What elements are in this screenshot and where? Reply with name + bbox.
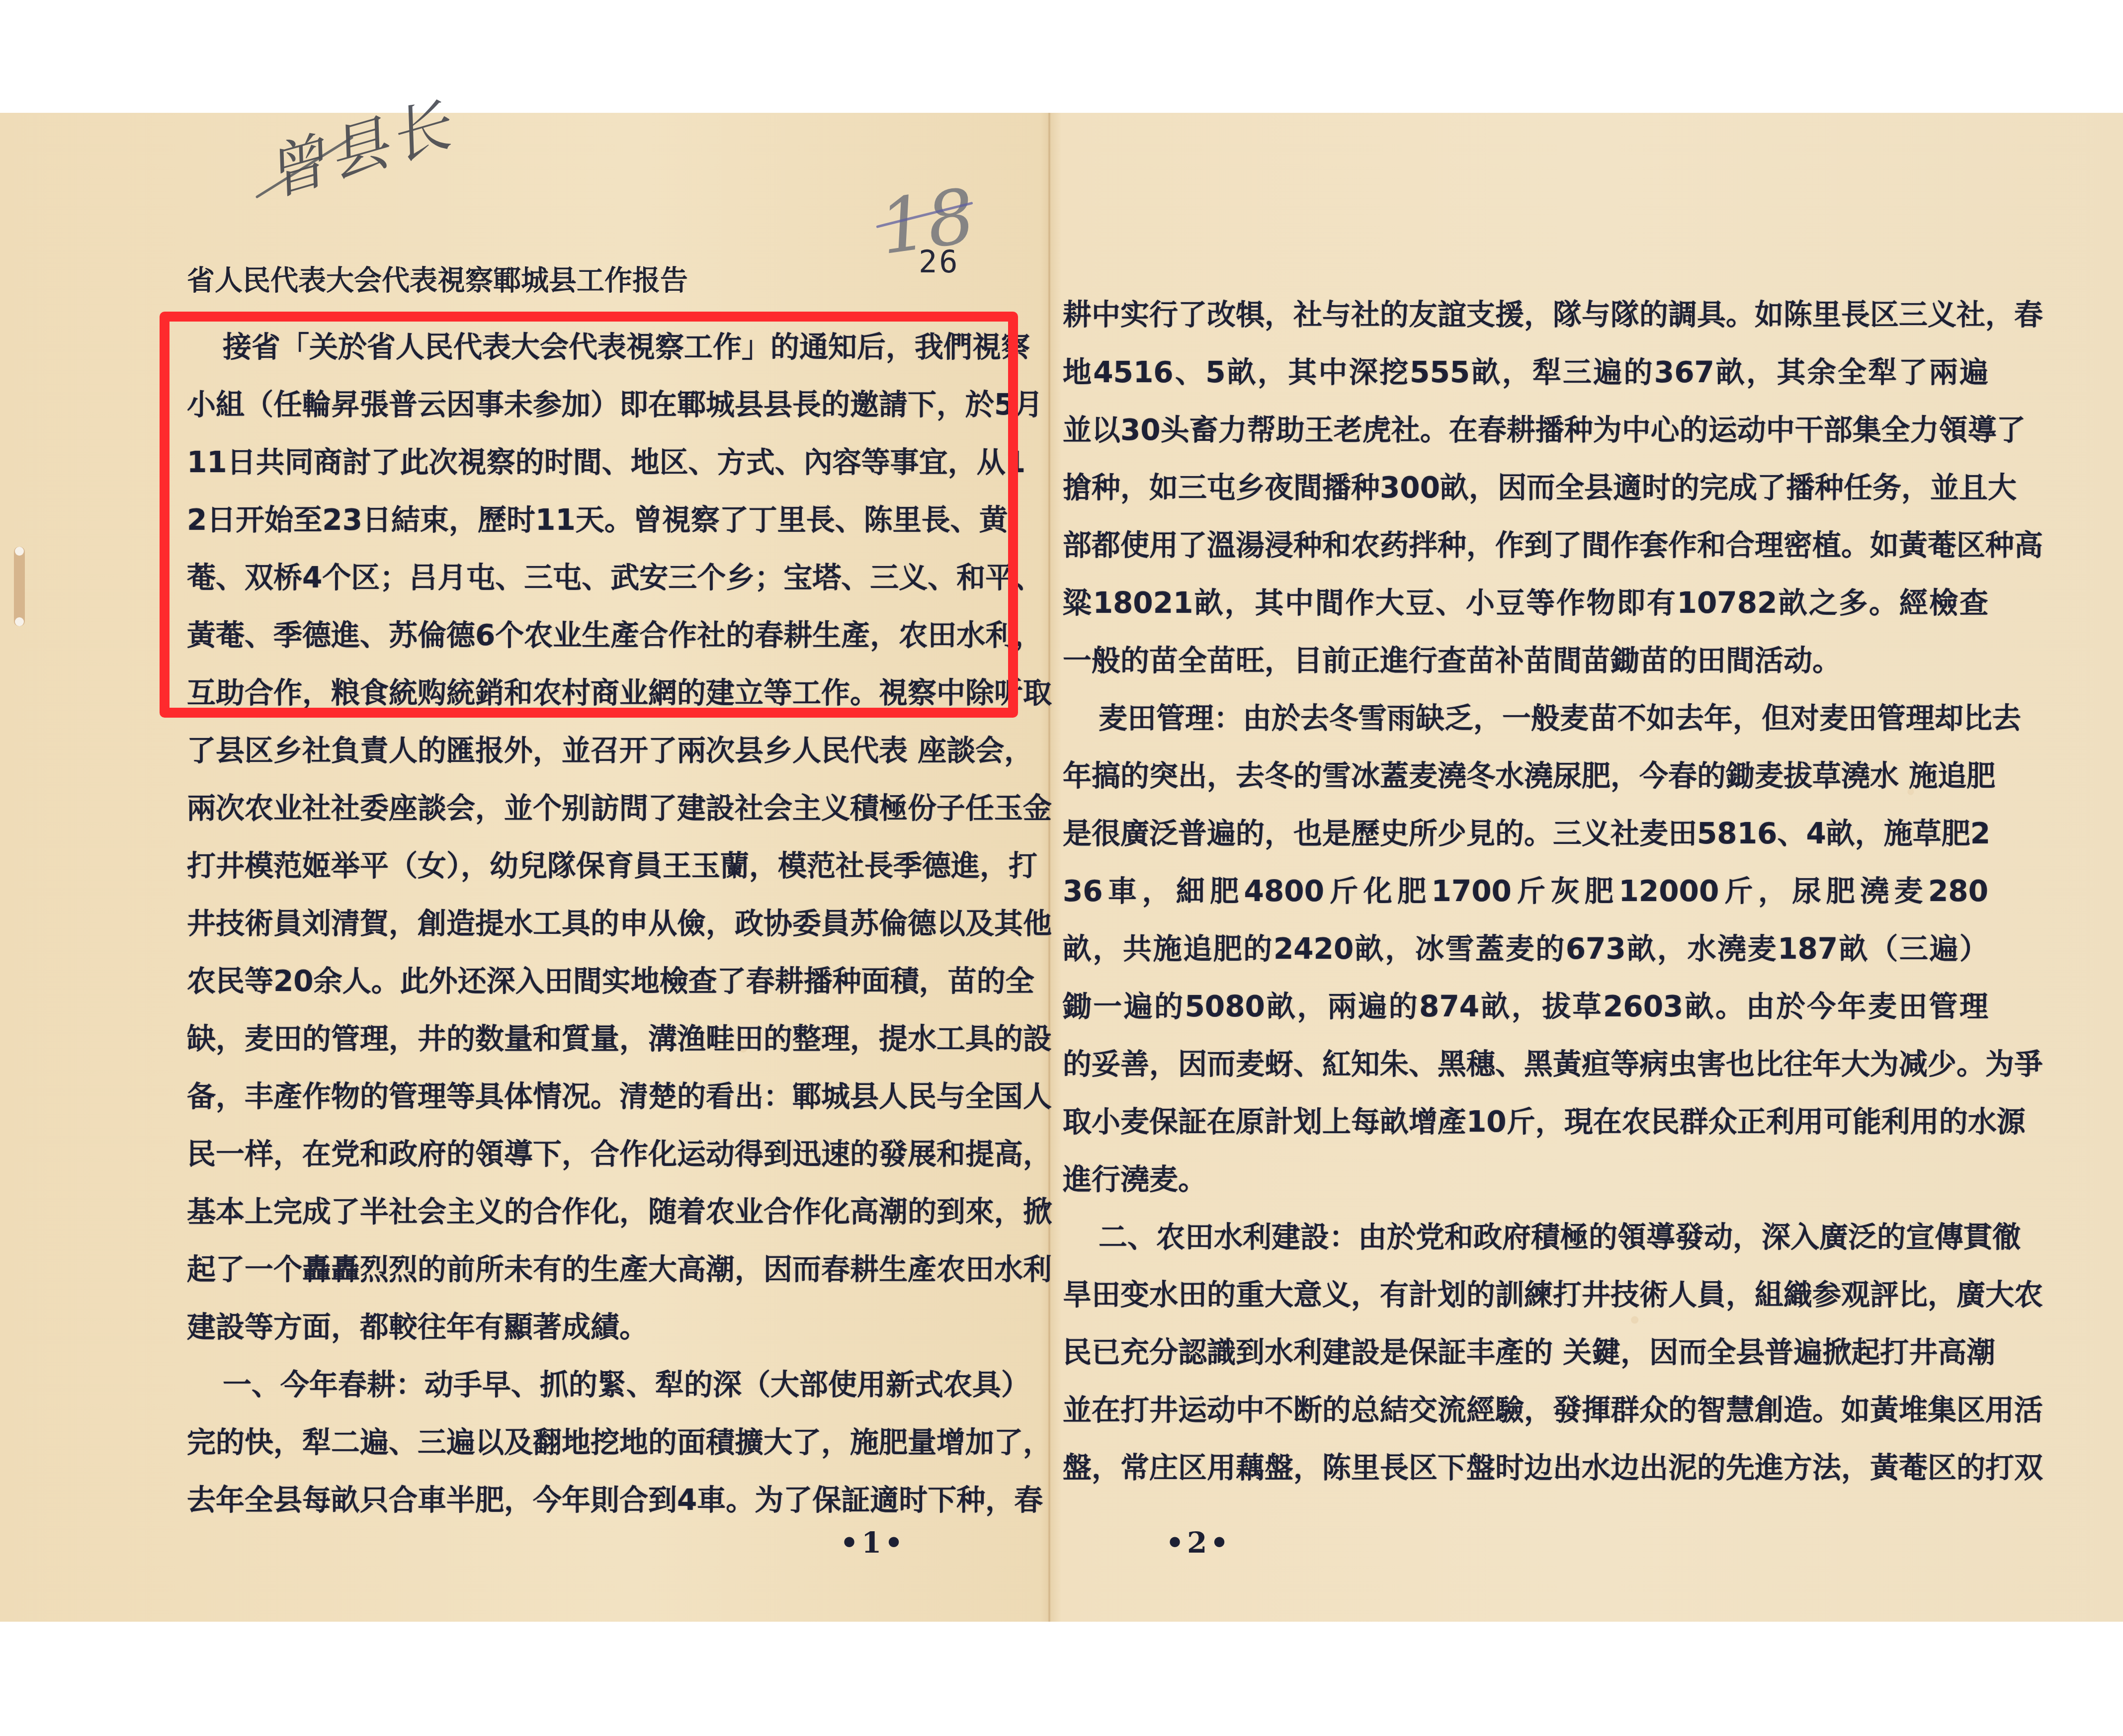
staple-mark [14,547,25,626]
text-line: 2日开始至23日結束，歷时11天。曾視察了丁里長、陈里長、黄 [187,491,997,549]
text-line: 兩次农业社社委座談会，並个别訪問了建設社会主义積極份子任玉金 [187,779,997,837]
text-line: 並以30头畜力帮助王老虎社。在春耕播种为中心的运动中干部集全力領導了 [1063,401,1988,459]
text-line: 地4516、5畝，其中深挖555畝，犁三遍的367畝，其余全犁了兩遍 [1063,343,1988,401]
text-line: 打井模范姬举平（女），幼兒隊保育員王玉蘭，模范社長季德進，打 [187,837,997,895]
text-line: 完的快，犁二遍、三遍以及翻地挖地的面積擴大了，施肥量增加了， [187,1413,997,1471]
text-line: 起了一个轟轟烈烈的前所未有的生產大高潮，因而春耕生產农田水利 [187,1240,997,1298]
text-line: 年搞的突出，去冬的雪冰蓋麦澆冬水澆尿肥，今春的鋤麦拔草澆水 施追肥 [1063,747,1988,805]
text-line: 接省「关於省人民代表大会代表視察工作」的通知后，我們視察 [187,318,997,376]
text-line: 民已充分認識到水利建設是保証丰產的 关鍵，因而全县普遍掀起打井高潮 [1063,1323,1988,1381]
text-line: 农民等20余人。此外还深入田間实地檢查了春耕播种面積，苗的全 [187,952,997,1010]
text-line: 部都使用了溫湯浸种和农药拌种，作到了間作套作和合理密植。如黃菴区种高 [1063,516,1988,574]
text-line: 進行澆麦。 [1063,1151,1988,1208]
text-line: 井技術員刘清賀，創造提水工具的申从儉，政协委員苏倫德以及其他 [187,895,997,952]
text-line: 的妥善，因而麦蚜、紅知朱、黑穗、黑黃疸等病虫害也比往年大为减少。为爭 [1063,1035,1988,1093]
text-line: 去年全县每畝只合車半肥，今年則合到4車。为了保証適时下种，春 [187,1471,997,1529]
text-line: 麦田管理：由於去冬雪雨缺乏，一般麦苗不如去年，但对麦田管理却比去 [1063,689,1988,747]
text-line: 36車，細肥4800斤化肥1700斤灰肥12000斤，尿肥澆麦280 [1063,862,1988,920]
text-line: 畝，共施追肥的2420畝，冰雪蓋麦的673畝，水澆麦187畝（三遍） [1063,920,1988,978]
text-line: 了县区乡社負責人的匯报外，並召开了兩次县乡人民代表 座談会， [187,722,997,779]
page-number-left: •1• [840,1526,906,1560]
page-number-right: •2• [1166,1526,1232,1560]
text-line: 小組（任輪昇張普云因事未参加）即在鄆城县县長的邀請下，於5月 [187,376,997,433]
text-line: 基本上完成了半社会主义的合作化，随着农业合作化高潮的到來，掀 [187,1183,997,1240]
text-line: 一般的苗全苗旺，目前正進行查苗补苗間苗鋤苗的田間活动。 [1063,632,1988,689]
text-line: 鋤一遍的5080畝，兩遍的874畝，拔草2603畝。由於今年麦田管理 [1063,978,1988,1035]
page-fold [1048,113,1051,1622]
document-title: 省人民代表大会代表視察鄆城县工作报告 [187,258,684,298]
text-line: 取小麦保証在原計划上每畝增產10斤，現在农民群众正利用可能利用的水源 [1063,1093,1988,1151]
section-heading-line: 二、农田水利建設：由於党和政府積極的領導發动，深入廣泛的宣傳貫徹 [1063,1208,1988,1266]
text-line: 备，丰產作物的管理等具体情况。清楚的看出：鄆城县人民与全国人 [187,1068,997,1125]
text-line: 建設等方面，都較往年有顯著成績。 [187,1298,997,1356]
right-page-body: 耕中实行了改犋，社与社的友誼支援，隊与隊的調具。如陈里長区三义社，春 地4516… [1063,286,1988,1496]
text-line: 耕中实行了改犋，社与社的友誼支援，隊与隊的調具。如陈里長区三义社，春 [1063,286,1988,343]
section-heading-line: 一、今年春耕：动手早、抓的緊、犁的深（大部使用新式农具） [187,1356,997,1413]
stamped-number: 26 [919,244,960,280]
text-line: 粱18021畝，其中間作大豆、小豆等作物即有10782畝之多。經檢查 [1063,574,1988,632]
text-line: 搶种，如三屯乡夜間播种300畝，因而全县適时的完成了播种任务，並且大 [1063,459,1988,516]
text-line: 黃菴、季德進、苏倫德6个农业生產合作社的春耕生產，农田水利， [187,606,997,664]
left-page-body: 接省「关於省人民代表大会代表視察工作」的通知后，我們視察 小組（任輪昇張普云因事… [187,318,997,1529]
text-line: 互助合作，粮食統购統銷和农村商业網的建立等工作。視察中除听取 [187,664,997,722]
text-line: 11日共同商討了此次視察的时間、地区、方式、內容等事宜，从1 [187,433,997,491]
text-line: 缺，麦田的管理，井的数量和質量，溝渔畦田的整理，提水工具的設 [187,1010,997,1068]
text-line: 民一样，在党和政府的領導下，合作化运动得到迅速的發展和提高， [187,1125,997,1183]
text-line: 盤，常庄区用藕盤，陈里長区下盤时边出水边出泥的先進方法，黃菴区的打双 [1063,1439,1988,1496]
text-line: 旱田变水田的重大意义，有計划的訓練打井技術人員，組織参观評比，廣大农 [1063,1266,1988,1323]
text-line: 是很廣泛普遍的，也是歷史所少見的。三义社麦田5816、4畝，施草肥2 [1063,805,1988,862]
text-line: 並在打井运动中不断的总結交流經驗，發揮群众的智慧創造。如黃堆集区用活 [1063,1381,1988,1439]
text-line: 菴、双桥4个区；吕月屯、三屯、武安三个乡；宝塔、三义、和平、 [187,549,997,606]
